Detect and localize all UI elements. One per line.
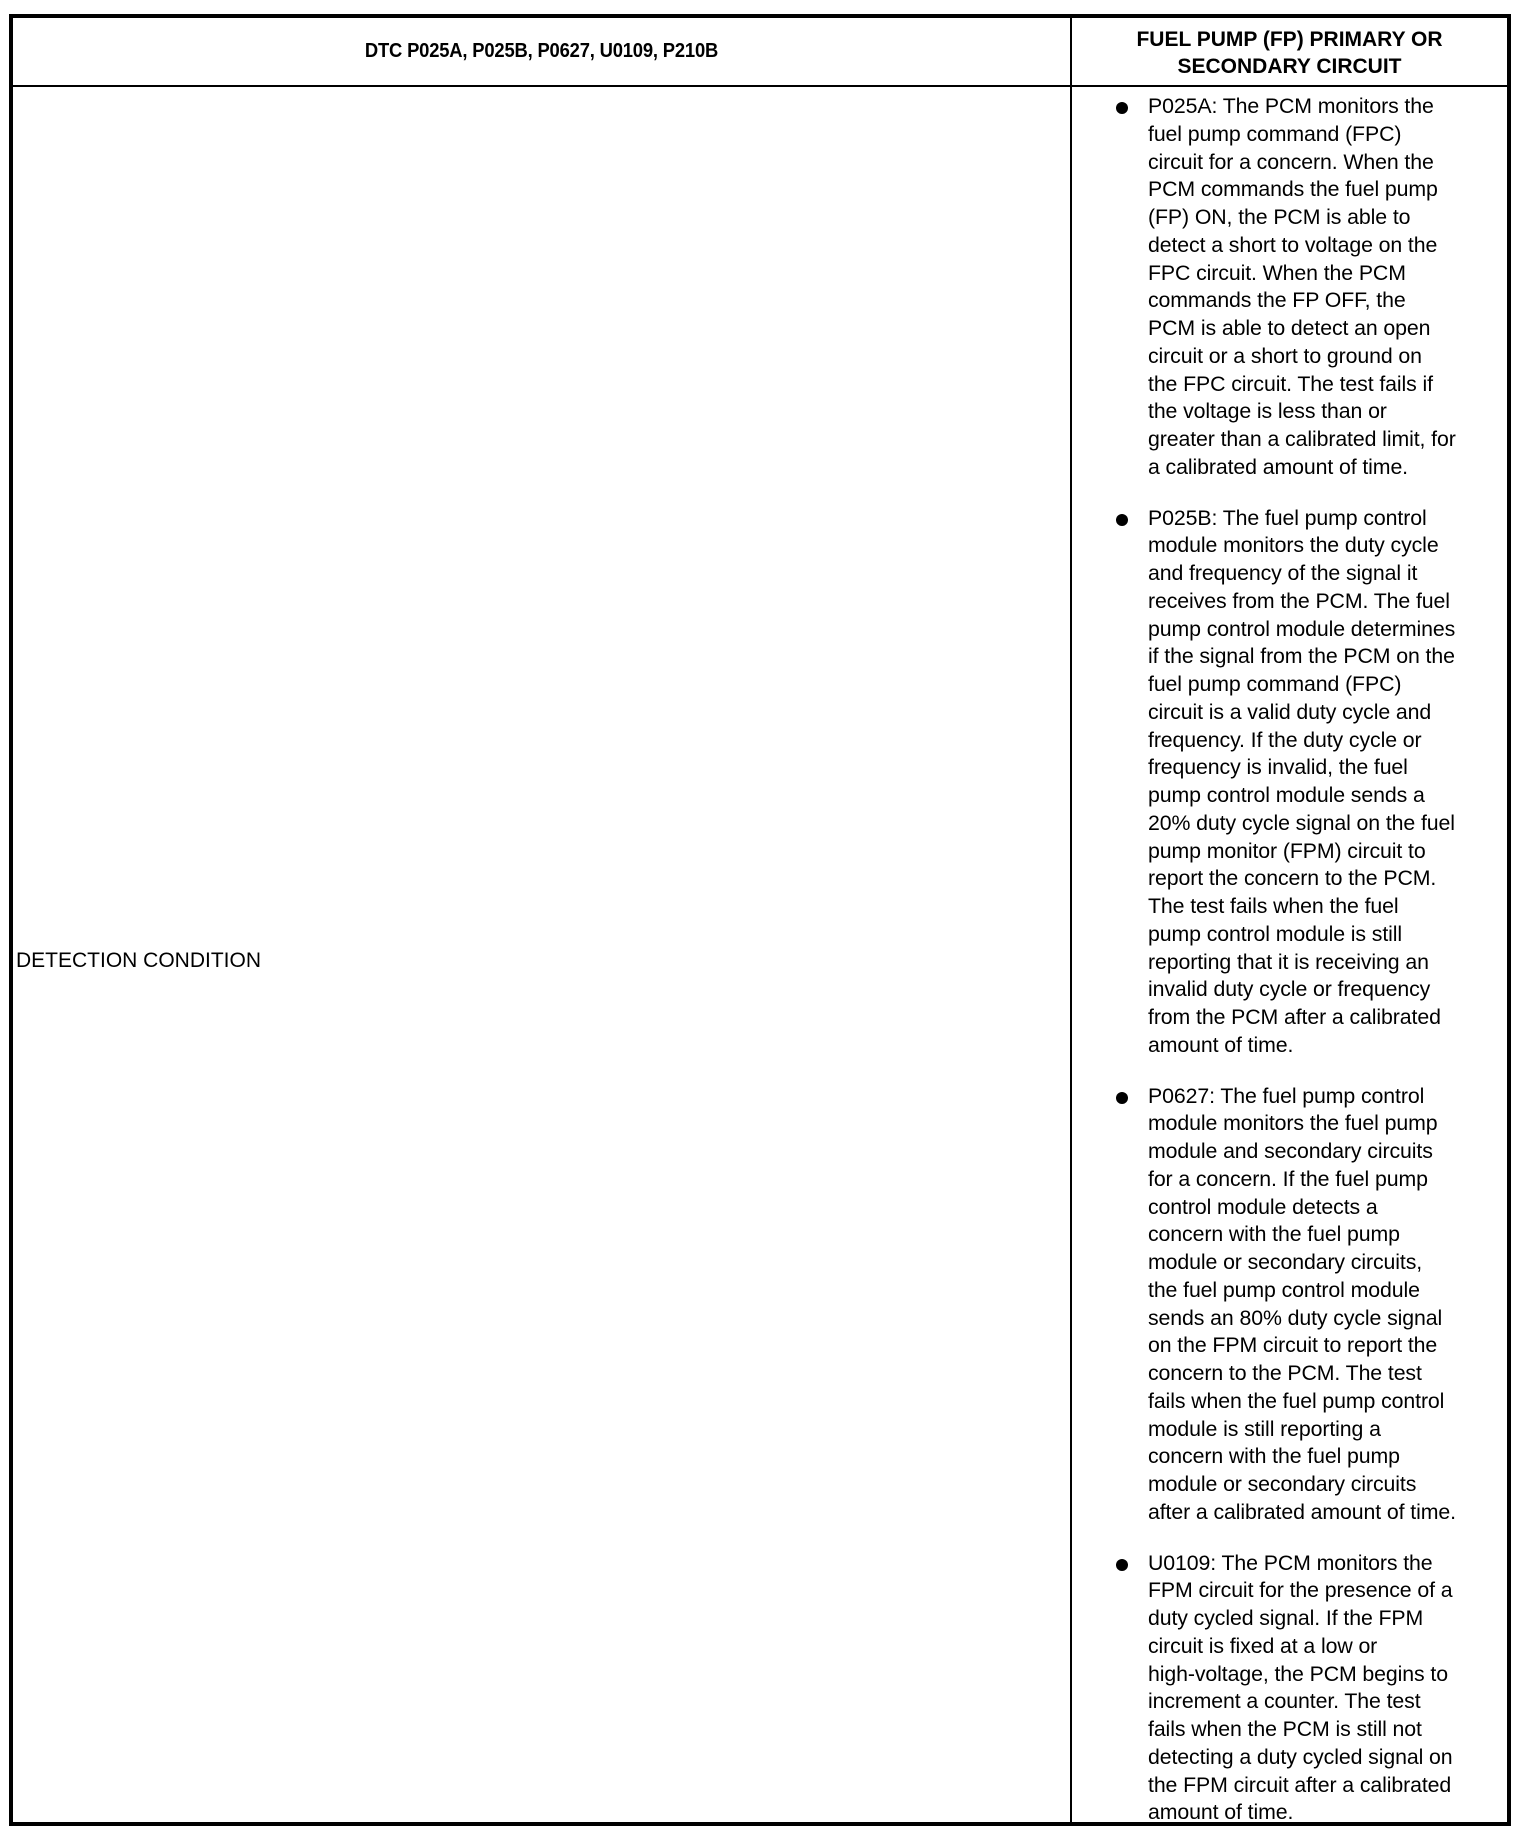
text-line: pump monitor (FPM) circuit to <box>1148 838 1499 866</box>
text-line: on the FPM circuit to report the <box>1148 1332 1499 1360</box>
text-line: PCM commands the fuel pump <box>1148 176 1499 204</box>
text-line: reporting that it is receiving an <box>1148 949 1499 977</box>
dtc-codes-header: DTC P025A, P025B, P0627, U0109, P210B <box>55 18 1027 85</box>
text-line: The test fails when the fuel <box>1148 893 1499 921</box>
text-line: fuel pump command (FPC) <box>1148 121 1499 149</box>
text-line: the voltage is less than or <box>1148 398 1499 426</box>
text-line: module is still reporting a <box>1148 1416 1499 1444</box>
bullet-icon <box>1116 102 1128 114</box>
text-line: duty cycled signal. If the FPM <box>1148 1605 1499 1633</box>
bullet-icon <box>1116 1092 1128 1104</box>
bullet-icon <box>1116 514 1128 526</box>
text-line: amount of time. <box>1148 1032 1499 1060</box>
text-line: control module detects a <box>1148 1194 1499 1222</box>
text-line: P0627: The fuel pump control <box>1148 1083 1499 1111</box>
circuit-title-line-2: SECONDARY CIRCUIT <box>1136 53 1442 80</box>
text-line: from the PCM after a calibrated <box>1148 1004 1499 1032</box>
circuit-title-header: FUEL PUMP (FP) PRIMARY OR SECONDARY CIRC… <box>1072 18 1507 85</box>
text-line: increment a counter. The test <box>1148 1688 1499 1716</box>
circuit-title-line-1: FUEL PUMP (FP) PRIMARY OR <box>1136 26 1442 53</box>
text-line: frequency is invalid, the fuel <box>1148 754 1499 782</box>
condition-item-u0109: U0109: The PCM monitors the FPM circuit … <box>1072 1550 1499 1828</box>
text-line: module or secondary circuits, <box>1148 1249 1499 1277</box>
row-label-cell: DETECTION CONDITION <box>13 87 1070 1822</box>
text-line: pump control module sends a <box>1148 782 1499 810</box>
text-line: module and secondary circuits <box>1148 1138 1499 1166</box>
dtc-codes-header-text: DTC P025A, P025B, P0627, U0109, P210B <box>365 40 718 63</box>
text-line: fails when the PCM is still not <box>1148 1716 1499 1744</box>
text-line: amount of time. <box>1148 1799 1499 1827</box>
text-line: after a calibrated amount of time. <box>1148 1499 1499 1527</box>
text-line: circuit is fixed at a low or <box>1148 1633 1499 1661</box>
detection-condition-label: DETECTION CONDITION <box>16 949 261 973</box>
condition-item-p0627: P0627: The fuel pump control module moni… <box>1072 1083 1499 1527</box>
text-line: and frequency of the signal it <box>1148 560 1499 588</box>
text-line: invalid duty cycle or frequency <box>1148 976 1499 1004</box>
text-line: FPM circuit for the presence of a <box>1148 1577 1499 1605</box>
text-line: the FPM circuit after a calibrated <box>1148 1772 1499 1800</box>
text-line: frequency. If the duty cycle or <box>1148 727 1499 755</box>
text-line: commands the FP OFF, the <box>1148 287 1499 315</box>
text-line: pump control module is still <box>1148 921 1499 949</box>
text-line: (FP) ON, the PCM is able to <box>1148 204 1499 232</box>
text-line: module or secondary circuits <box>1148 1471 1499 1499</box>
text-line: for a concern. If the fuel pump <box>1148 1166 1499 1194</box>
text-line: pump control module determines <box>1148 616 1499 644</box>
text-line: P025A: The PCM monitors the <box>1148 93 1499 121</box>
text-line: U0109: The PCM monitors the <box>1148 1550 1499 1578</box>
condition-item-p025b: P025B: The fuel pump control module moni… <box>1072 505 1499 1060</box>
detection-condition-cell: P025A: The PCM monitors the fuel pump co… <box>1072 87 1507 1822</box>
text-line: circuit for a concern. When the <box>1148 149 1499 177</box>
text-line: fuel pump command (FPC) <box>1148 671 1499 699</box>
text-line: detect a short to voltage on the <box>1148 232 1499 260</box>
text-line: if the signal from the PCM on the <box>1148 643 1499 671</box>
text-line: the FPC circuit. The test fails if <box>1148 371 1499 399</box>
table-header-row: DTC P025A, P025B, P0627, U0109, P210B FU… <box>13 18 1507 87</box>
text-line: module monitors the fuel pump <box>1148 1110 1499 1138</box>
text-line: high-voltage, the PCM begins to <box>1148 1661 1499 1689</box>
text-line: concern with the fuel pump <box>1148 1443 1499 1471</box>
text-line: receives from the PCM. The fuel <box>1148 588 1499 616</box>
text-line: circuit or a short to ground on <box>1148 343 1499 371</box>
text-line: the fuel pump control module <box>1148 1277 1499 1305</box>
text-line: concern with the fuel pump <box>1148 1221 1499 1249</box>
text-line: detecting a duty cycled signal on <box>1148 1744 1499 1772</box>
text-line: circuit is a valid duty cycle and <box>1148 699 1499 727</box>
text-line: module monitors the duty cycle <box>1148 532 1499 560</box>
text-line: PCM is able to detect an open <box>1148 315 1499 343</box>
dtc-table: DTC P025A, P025B, P0627, U0109, P210B FU… <box>9 14 1511 1826</box>
text-line: FPC circuit. When the PCM <box>1148 260 1499 288</box>
text-line: concern to the PCM. The test <box>1148 1360 1499 1388</box>
text-line: greater than a calibrated limit, for <box>1148 426 1499 454</box>
text-line: P025B: The fuel pump control <box>1148 505 1499 533</box>
text-line: a calibrated amount of time. <box>1148 454 1499 482</box>
text-line: 20% duty cycle signal on the fuel <box>1148 810 1499 838</box>
text-line: fails when the fuel pump control <box>1148 1388 1499 1416</box>
bullet-icon <box>1116 1559 1128 1571</box>
text-line: sends an 80% duty cycle signal <box>1148 1305 1499 1333</box>
text-line: report the concern to the PCM. <box>1148 865 1499 893</box>
condition-item-p025a: P025A: The PCM monitors the fuel pump co… <box>1072 93 1499 482</box>
condition-list: P025A: The PCM monitors the fuel pump co… <box>1072 93 1499 1827</box>
